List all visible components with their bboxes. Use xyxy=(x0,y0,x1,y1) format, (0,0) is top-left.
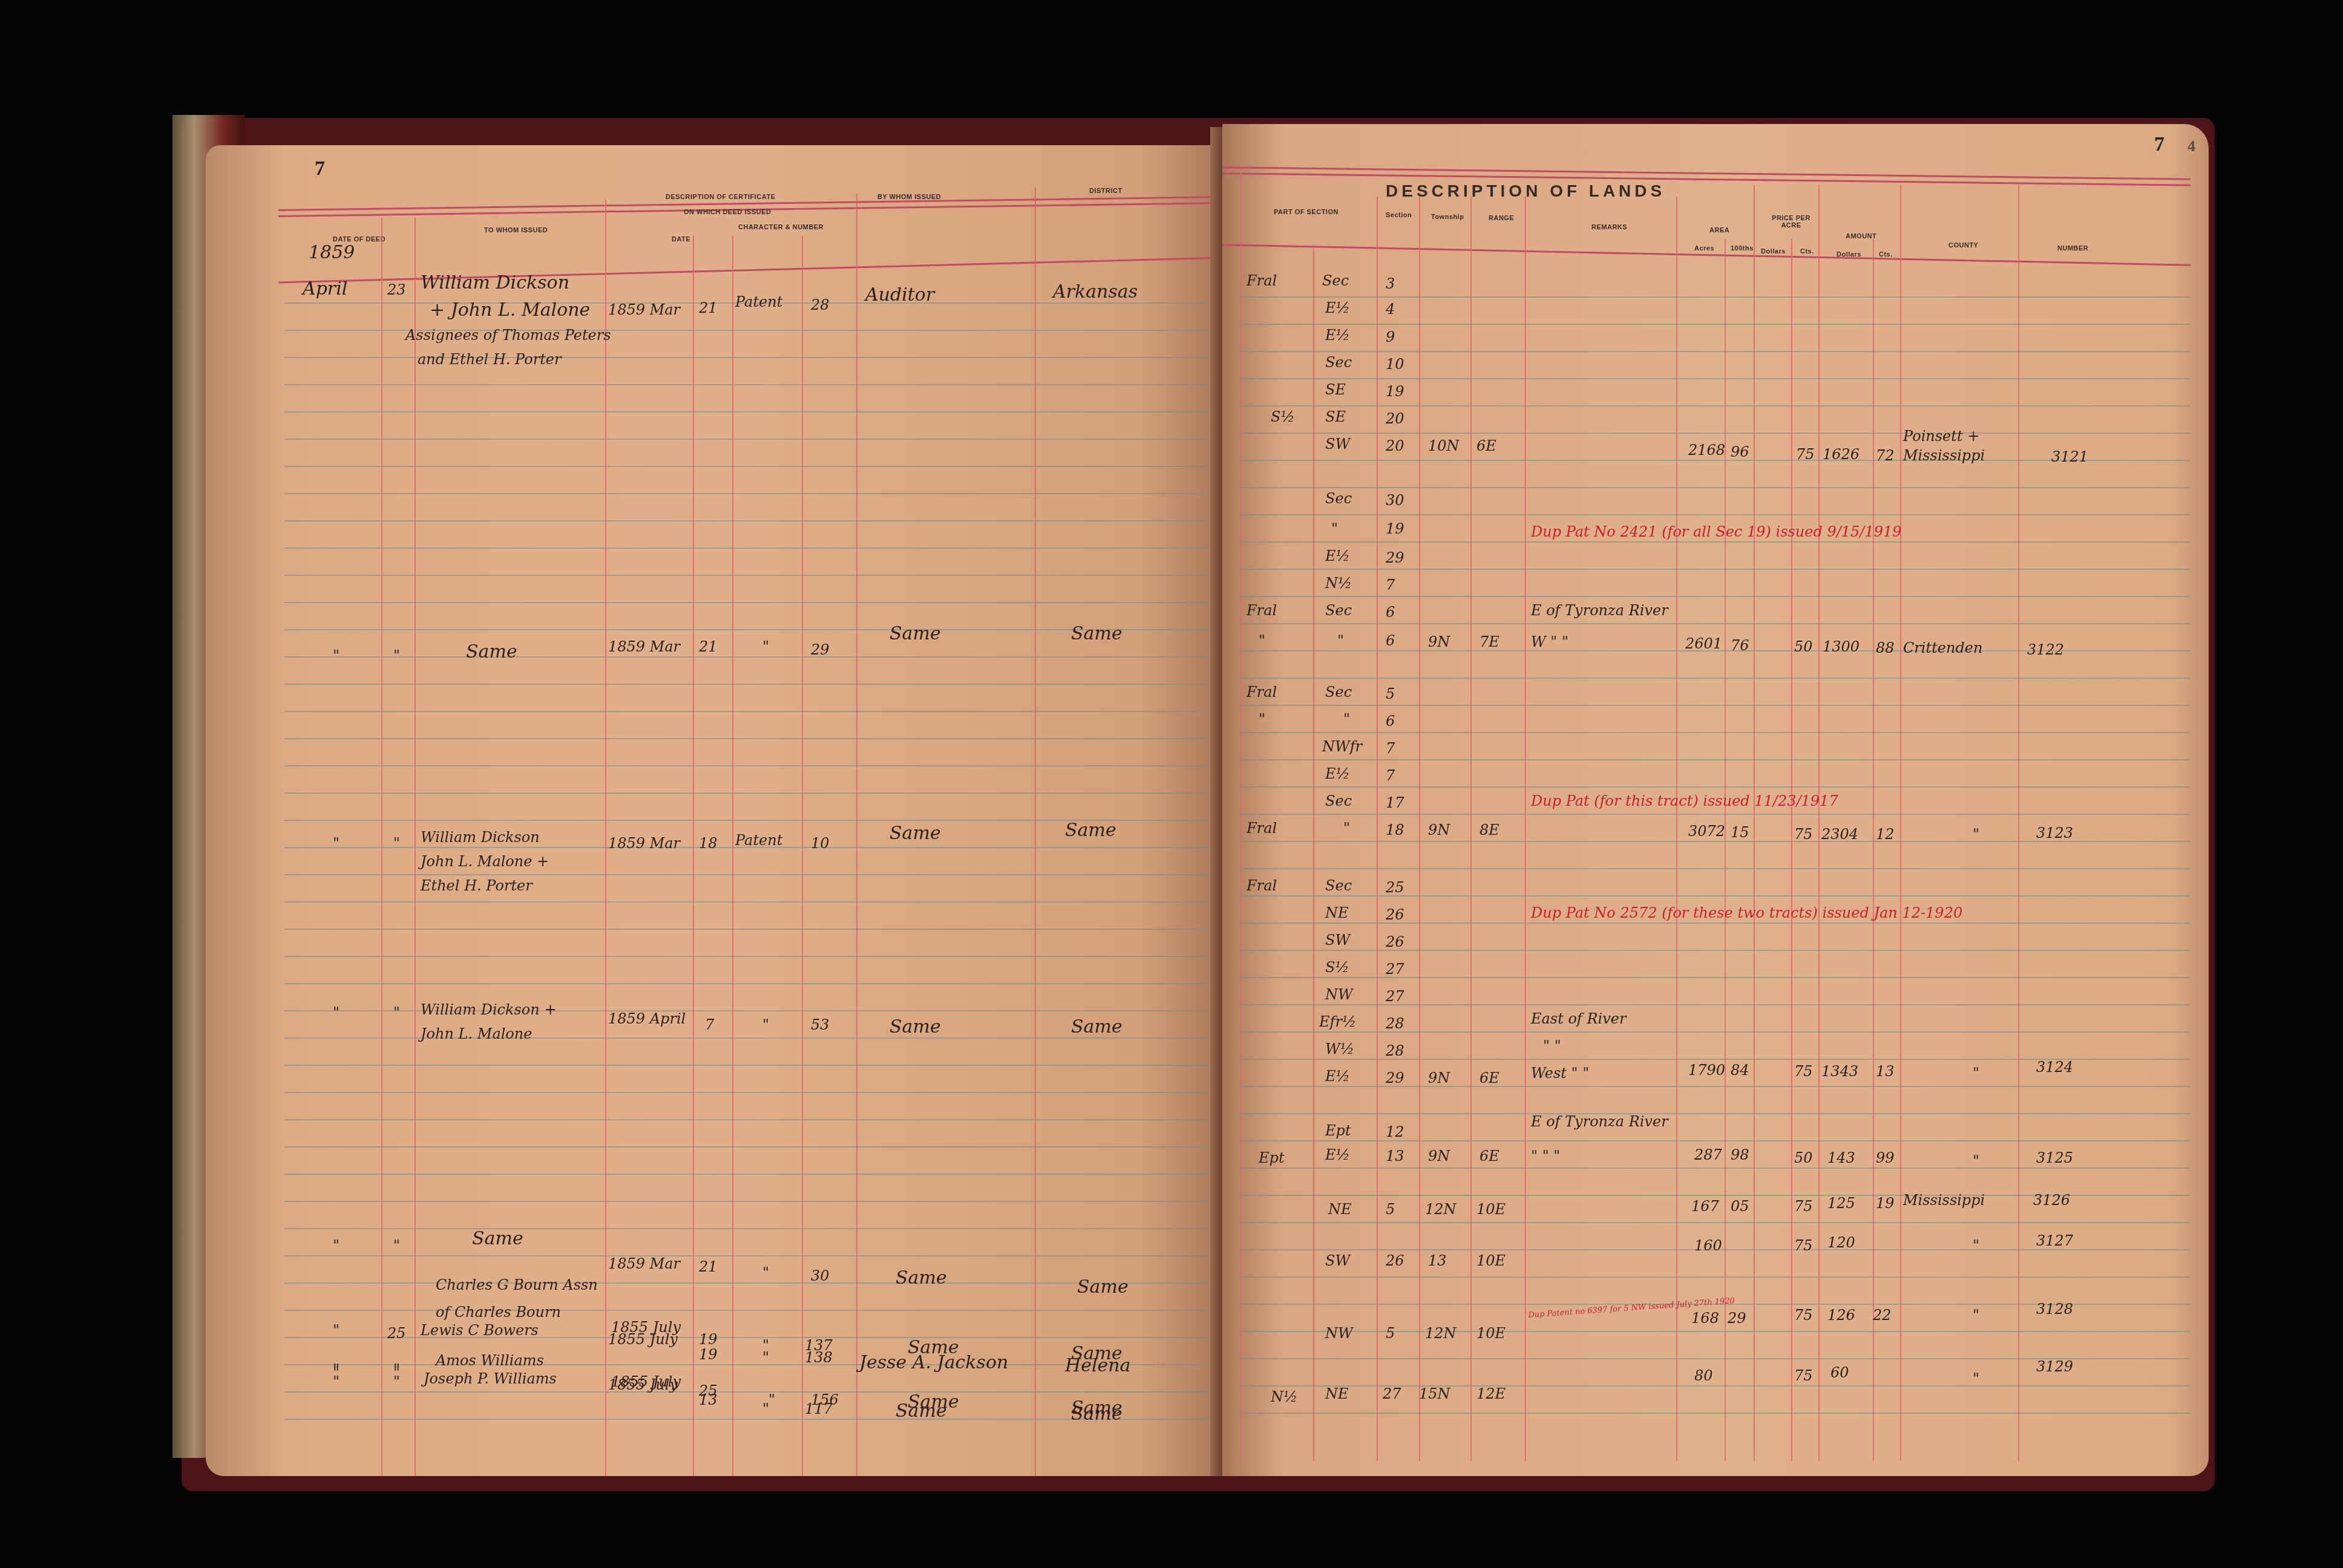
land-section: 26 xyxy=(1386,1252,1404,1269)
land-section: 6 xyxy=(1386,604,1395,621)
row-line xyxy=(284,874,1222,875)
row-line xyxy=(284,384,1222,385)
header-to-whom-issued: TO WHOM ISSUED xyxy=(484,227,548,234)
row-line xyxy=(1240,923,2191,924)
land-part: S½ xyxy=(1271,408,1295,425)
row-line xyxy=(1240,759,2191,760)
price-cts: 75 xyxy=(1794,1307,1813,1324)
land-section: 20 xyxy=(1386,410,1404,427)
left-page: 7 DATE OF DEED TO WHOM ISSUED DESCRIPTIO… xyxy=(206,145,1222,1476)
cert-number: 137 xyxy=(805,1337,833,1354)
area-hundredths: 84 xyxy=(1731,1062,1749,1079)
land-remark: " " " xyxy=(1531,1148,1560,1165)
land-subdivision: E½ xyxy=(1325,765,1350,782)
land-subdivision: N½ xyxy=(1325,575,1352,592)
land-part: Fral xyxy=(1247,684,1277,701)
amount-dollars: 143 xyxy=(1827,1149,1855,1166)
cert-character: Patent xyxy=(735,293,782,310)
area-hundredths: 15 xyxy=(1731,824,1749,841)
header-number: NUMBER xyxy=(2057,245,2088,252)
amount-dollars: 60 xyxy=(1830,1364,1849,1381)
row-line xyxy=(1240,786,2191,788)
row-line xyxy=(284,765,1222,766)
land-section: 29 xyxy=(1386,549,1404,566)
land-section: 6 xyxy=(1386,632,1395,649)
land-section: 28 xyxy=(1386,1042,1404,1059)
cert-date: 1859 Mar xyxy=(608,301,680,318)
col-rule xyxy=(1754,185,1755,1461)
land-township: 10N xyxy=(1428,437,1460,454)
row-line xyxy=(1240,1168,2191,1169)
grantee-line: + John L. Malone xyxy=(430,299,590,321)
row-line xyxy=(1240,623,2191,624)
cert-character: " xyxy=(762,1264,769,1281)
price-cts: 75 xyxy=(1794,1237,1813,1254)
amount-cts: 88 xyxy=(1876,639,1895,656)
row-line xyxy=(1240,596,2191,597)
row-line xyxy=(1240,460,2191,461)
land-section: 10 xyxy=(1386,356,1404,373)
row-line xyxy=(284,1119,1222,1120)
land-subdivision: Sec xyxy=(1325,490,1352,507)
row-line xyxy=(284,684,1222,685)
land-subdivision: NE xyxy=(1328,1201,1352,1218)
row-line xyxy=(284,1146,1222,1148)
cert-day: 19 xyxy=(699,1346,718,1363)
land-section: 26 xyxy=(1386,906,1404,923)
header-price-cts: Cts. xyxy=(1800,248,1814,255)
col-rule xyxy=(1313,245,1314,1461)
header-remarks: REMARKS xyxy=(1591,224,1627,231)
area-acres: 287 xyxy=(1694,1146,1722,1163)
row-line xyxy=(1240,1113,2191,1114)
row-line xyxy=(1240,378,2191,379)
deed-month: " xyxy=(333,835,339,852)
record-number: 3127 xyxy=(2036,1232,2073,1249)
amount-dollars: 120 xyxy=(1827,1234,1855,1251)
land-range: 6E xyxy=(1480,1148,1499,1165)
grantee-line: Charles G Bourn Assn xyxy=(436,1276,598,1293)
header-area: AREA xyxy=(1709,227,1729,234)
edge-tab-number: 4 xyxy=(2187,137,2195,155)
row-line xyxy=(1240,1086,2191,1087)
grantee-line: William Dickson + xyxy=(421,1001,557,1018)
record-number: 3125 xyxy=(2036,1149,2073,1166)
land-subdivision: S½ xyxy=(1325,959,1349,976)
cert-number: 28 xyxy=(811,296,830,313)
deed-month: " xyxy=(333,1322,339,1339)
land-township: 9N xyxy=(1428,633,1450,650)
col-rule xyxy=(1419,197,1420,1461)
row-line xyxy=(1240,977,2191,978)
row-line xyxy=(1240,514,2191,515)
row-line xyxy=(284,1228,1222,1229)
area-acres: 160 xyxy=(1694,1237,1722,1254)
col-rule xyxy=(1791,239,1792,1461)
area-hundredths: 05 xyxy=(1731,1198,1749,1215)
deed-month: " xyxy=(333,1237,339,1254)
county: " xyxy=(1973,1370,1979,1387)
land-section: 17 xyxy=(1386,794,1404,811)
price-cts: 75 xyxy=(1794,826,1813,843)
land-remark: East of River xyxy=(1531,1010,1626,1027)
amount-cts: 19 xyxy=(1876,1195,1895,1212)
col-rule xyxy=(856,194,857,1476)
grantee-line: Same xyxy=(472,1228,523,1249)
record-number: 3121 xyxy=(2051,448,2088,465)
row-line xyxy=(284,956,1222,957)
header-county: COUNTY xyxy=(1948,242,1978,249)
land-subdivision: E½ xyxy=(1325,1068,1350,1085)
row-line xyxy=(284,520,1222,521)
price-cts: 75 xyxy=(1794,1367,1813,1384)
land-section: 12 xyxy=(1386,1123,1404,1140)
cert-date: 1855 July xyxy=(611,1373,681,1390)
area-acres: 168 xyxy=(1691,1310,1719,1327)
deed-day: " xyxy=(393,1237,400,1254)
grantee-line: John L. Malone xyxy=(421,1025,532,1042)
land-section: 27 xyxy=(1386,988,1404,1005)
header-township: Township xyxy=(1431,214,1464,221)
col-rule xyxy=(1725,239,1726,1461)
land-range: 10E xyxy=(1476,1252,1506,1269)
row-line xyxy=(284,1201,1222,1202)
col-rule xyxy=(1240,172,1242,1461)
row-line xyxy=(284,983,1222,984)
land-part: Ept xyxy=(1259,1149,1285,1166)
cert-day: 21 xyxy=(699,1258,718,1275)
record-number: 3129 xyxy=(2036,1358,2073,1375)
cert-date: 1859 Mar xyxy=(608,638,680,655)
row-line xyxy=(1240,1413,2191,1414)
land-township: 12N xyxy=(1425,1201,1457,1218)
grantee-line: Assignees of Thomas Peters xyxy=(405,327,611,344)
row-line xyxy=(1240,705,2191,706)
header-district: DISTRICT xyxy=(1089,188,1122,195)
amount-cts: 12 xyxy=(1876,826,1895,843)
header-part-of-section: PART OF SECTION xyxy=(1274,209,1339,216)
record-number: 3128 xyxy=(2036,1301,2073,1318)
header-price-per-acre: PRICE PER ACRE xyxy=(1767,215,1815,229)
cert-character: " xyxy=(762,1016,769,1033)
right-page-number: 7 xyxy=(2154,133,2164,156)
amount-cts: 72 xyxy=(1876,447,1895,464)
amount-dollars: 1300 xyxy=(1823,638,1860,655)
land-section: 18 xyxy=(1386,822,1404,838)
deed-month: April xyxy=(303,278,347,299)
cert-character: " xyxy=(762,1337,769,1354)
row-line xyxy=(284,575,1222,576)
row-line xyxy=(284,439,1222,440)
col-rule xyxy=(1818,185,1820,1461)
price-cts: 75 xyxy=(1796,446,1815,463)
header-top-rule-2 xyxy=(1222,172,2191,186)
land-section: 27 xyxy=(1386,961,1404,978)
land-subdivision: W½ xyxy=(1325,1040,1354,1057)
row-line xyxy=(284,901,1222,903)
grantee-line: of Charles Bourn xyxy=(436,1304,561,1321)
col-rule xyxy=(1525,197,1526,1461)
land-section: 19 xyxy=(1386,383,1404,400)
land-township: 9N xyxy=(1428,1070,1450,1086)
price-cts: 75 xyxy=(1794,1198,1813,1215)
right-page: 7 4 DESCRIPTION OF LANDS PART OF SECTION… xyxy=(1222,124,2209,1476)
row-line xyxy=(1240,405,2191,407)
cert-date: 1855 July xyxy=(611,1319,681,1336)
area-acres: 167 xyxy=(1691,1198,1719,1215)
row-line xyxy=(284,1255,1222,1256)
county: " xyxy=(1973,1307,1979,1324)
land-subdivision: Sec xyxy=(1325,354,1352,371)
land-section: 29 xyxy=(1386,1070,1404,1086)
county: " xyxy=(1973,1237,1979,1254)
land-section: 25 xyxy=(1386,879,1404,896)
header-amount-dollars: Dollars xyxy=(1837,251,1861,258)
row-line xyxy=(284,929,1222,930)
col-rule xyxy=(732,236,733,1476)
land-subdivision: " xyxy=(1331,520,1338,537)
land-part: Fral xyxy=(1247,820,1277,837)
district: Same xyxy=(1065,820,1116,841)
row-line xyxy=(1240,732,2191,733)
deed-day: 25 xyxy=(387,1325,406,1342)
row-line xyxy=(284,1310,1222,1311)
district: Same xyxy=(1077,1276,1129,1298)
deed-month: " xyxy=(333,647,339,664)
cert-day: 21 xyxy=(699,638,718,655)
area-hundredths: 29 xyxy=(1728,1310,1746,1327)
header-by-whom-issued: BY WHOM ISSUED xyxy=(877,194,941,201)
amount-dollars: 125 xyxy=(1827,1195,1855,1212)
cert-character: " xyxy=(768,1391,775,1408)
row-line xyxy=(1240,1031,2191,1033)
col-rule xyxy=(1377,197,1378,1461)
land-township: 12N xyxy=(1425,1325,1457,1342)
row-line xyxy=(284,547,1222,549)
land-section: 5 xyxy=(1386,685,1395,702)
year-heading: 1859 xyxy=(309,242,355,263)
deed-month: " xyxy=(333,1004,339,1021)
record-number: 3123 xyxy=(2036,825,2073,841)
land-township: 9N xyxy=(1428,1148,1450,1165)
land-subdivision: NWfr xyxy=(1322,738,1362,755)
land-section: 20 xyxy=(1386,437,1404,454)
district: Same xyxy=(1071,1397,1122,1419)
land-subdivision: SE xyxy=(1325,408,1346,425)
col-rule xyxy=(1873,239,1874,1461)
header-certificate-group: DESCRIPTION OF CERTIFICATE xyxy=(666,194,775,201)
header-price-dollars: Dollars xyxy=(1761,248,1786,255)
land-section: 7 xyxy=(1386,767,1395,784)
header-amount-cts: Cts. xyxy=(1879,251,1893,258)
amount-dollars: 2304 xyxy=(1821,826,1858,843)
county: Poinsett + Mississippi xyxy=(1903,426,2012,465)
record-number: 3122 xyxy=(2027,641,2064,658)
area-acres: 2168 xyxy=(1688,442,1725,459)
land-range: 6E xyxy=(1476,437,1496,454)
record-number: 3126 xyxy=(2033,1192,2070,1209)
price-cts: 75 xyxy=(1794,1063,1813,1080)
land-part: " xyxy=(1259,632,1265,649)
duplicate-patent-note: Dup Pat No 2421 (for all Sec 19) issued … xyxy=(1531,523,1901,540)
land-range: 12E xyxy=(1476,1385,1506,1402)
header-cert-date: DATE xyxy=(672,236,690,243)
cert-number: 156 xyxy=(811,1391,839,1408)
price-cts: 50 xyxy=(1794,638,1813,655)
issued-by: Same xyxy=(896,1267,947,1289)
land-section: 6 xyxy=(1386,713,1395,730)
deed-day: " xyxy=(393,1004,400,1021)
land-subdivision: SW xyxy=(1325,932,1350,949)
land-subdivision: SW xyxy=(1325,1252,1350,1269)
left-page-number: 7 xyxy=(315,157,325,180)
duplicate-patent-note: Dup Pat No 2572 (for these two tracts) i… xyxy=(1531,904,1962,921)
land-part: Fral xyxy=(1247,602,1277,619)
grantee-line: John L. Malone + xyxy=(421,853,549,870)
land-part: Fral xyxy=(1247,877,1277,894)
area-acres: 1790 xyxy=(1688,1062,1725,1079)
land-subdivision: NE xyxy=(1325,904,1349,921)
cert-number: 10 xyxy=(811,835,830,852)
land-subdivision: E½ xyxy=(1325,299,1350,316)
cert-day: 19 xyxy=(699,1331,718,1348)
land-subdivision: E½ xyxy=(1325,547,1350,564)
amount-dollars: 1343 xyxy=(1821,1063,1858,1080)
land-part: " xyxy=(1259,711,1265,728)
land-township: 9N xyxy=(1428,822,1450,838)
header-amount: AMOUNT xyxy=(1846,233,1876,240)
cert-date: 1859 April xyxy=(608,1010,686,1027)
col-rule xyxy=(1470,197,1472,1461)
amount-dollars: 1626 xyxy=(1823,446,1860,463)
district: Arkansas xyxy=(1053,281,1138,302)
deed-day: 23 xyxy=(387,281,406,298)
land-section: 7 xyxy=(1386,577,1395,593)
row-line xyxy=(284,656,1222,658)
deed-day: " xyxy=(393,1364,400,1381)
row-line xyxy=(284,493,1222,494)
row-line xyxy=(1240,433,2191,434)
area-hundredths: 98 xyxy=(1731,1146,1749,1163)
land-part: Fral xyxy=(1247,272,1277,289)
header-certificate-sub: ON WHICH DEED ISSUED xyxy=(684,209,771,216)
grantee-line: and Ethel H. Porter xyxy=(418,351,562,368)
row-line xyxy=(284,1174,1222,1175)
district: Same xyxy=(1071,1343,1122,1364)
land-subdivision: " xyxy=(1337,632,1344,649)
area-acres: 80 xyxy=(1694,1367,1713,1384)
cert-day: 18 xyxy=(699,835,718,852)
grantee-line: Amos Williams xyxy=(436,1352,544,1369)
col-rule xyxy=(1900,185,1901,1461)
header-acres: Acres xyxy=(1694,245,1714,252)
land-subdivision: Sec xyxy=(1325,877,1352,894)
grantee-line: Same xyxy=(466,641,517,662)
land-section: 7 xyxy=(1386,740,1395,757)
land-section: 9 xyxy=(1386,328,1395,345)
grantee-line: Ethel H. Porter xyxy=(421,877,532,894)
land-part: N½ xyxy=(1271,1388,1297,1405)
cert-date: 1859 Mar xyxy=(608,835,680,852)
record-number: 3124 xyxy=(2036,1059,2073,1076)
cert-number: 29 xyxy=(811,641,830,658)
row-line xyxy=(284,711,1222,712)
land-section: 3 xyxy=(1386,275,1395,292)
cert-day: 25 xyxy=(699,1382,718,1399)
col-rule xyxy=(605,200,606,1476)
row-line xyxy=(284,1391,1222,1393)
row-line xyxy=(1240,895,2191,897)
cert-day: 7 xyxy=(705,1016,714,1033)
land-subdivision: E½ xyxy=(1325,1146,1350,1163)
row-line xyxy=(1240,1140,2191,1142)
land-section: 28 xyxy=(1386,1015,1404,1032)
land-section: 5 xyxy=(1386,1201,1395,1218)
land-subdivision: Sec xyxy=(1325,792,1352,809)
col-rule xyxy=(693,236,694,1476)
county: Crittenden xyxy=(1903,639,1982,656)
area-hundredths: 96 xyxy=(1731,443,1749,460)
deed-month: " xyxy=(333,1364,339,1381)
cert-number: 53 xyxy=(811,1016,830,1033)
row-line xyxy=(1240,1331,2191,1332)
amount-cts: 99 xyxy=(1876,1149,1895,1166)
grantee-line: William Dickson xyxy=(421,272,569,293)
district: Same xyxy=(1071,1016,1122,1037)
county: " xyxy=(1973,1065,1979,1082)
land-subdivision: " xyxy=(1343,820,1350,837)
deed-day: " xyxy=(393,835,400,852)
land-subdivision: Sec xyxy=(1325,684,1352,701)
land-remark: E of Tyronza River xyxy=(1531,1113,1668,1130)
land-subdivision: Efr½ xyxy=(1319,1013,1356,1030)
area-hundredths: 76 xyxy=(1731,637,1749,654)
land-range: 10E xyxy=(1476,1325,1506,1342)
area-acres: 2601 xyxy=(1685,635,1722,652)
land-subdivision: " xyxy=(1343,711,1350,728)
row-line xyxy=(1240,296,2191,298)
issued-by: Same xyxy=(908,1391,959,1413)
issued-by: Same xyxy=(890,1016,941,1037)
col-rule xyxy=(802,236,803,1476)
land-range: 10E xyxy=(1476,1201,1506,1218)
land-subdivision: NE xyxy=(1325,1385,1349,1402)
row-line xyxy=(1240,487,2191,488)
grantee-line: Joseph P. Williams xyxy=(424,1370,557,1387)
row-line xyxy=(284,466,1222,467)
grantee-line: Lewis C Bowers xyxy=(421,1322,539,1339)
land-subdivision: SE xyxy=(1325,381,1346,398)
row-line xyxy=(284,1092,1222,1093)
grantee-line: William Dickson xyxy=(421,829,540,846)
county: " xyxy=(1973,826,1979,843)
row-line xyxy=(1240,950,2191,951)
issued-by: Auditor xyxy=(865,284,934,305)
land-township: 15N xyxy=(1419,1385,1450,1402)
cert-date: 1859 Mar xyxy=(608,1255,680,1272)
land-range: 7E xyxy=(1480,633,1499,650)
amount-cts: 13 xyxy=(1876,1063,1895,1080)
land-subdivision: Sec xyxy=(1325,602,1352,619)
land-subdivision: NW xyxy=(1325,1325,1353,1342)
land-remark: " " xyxy=(1543,1037,1561,1054)
row-line xyxy=(1240,678,2191,679)
col-rule xyxy=(2018,185,2019,1461)
area-acres: 3072 xyxy=(1688,823,1725,840)
land-section: 19 xyxy=(1386,520,1404,537)
land-subdivision: E½ xyxy=(1325,327,1350,344)
land-section: 30 xyxy=(1386,492,1404,509)
